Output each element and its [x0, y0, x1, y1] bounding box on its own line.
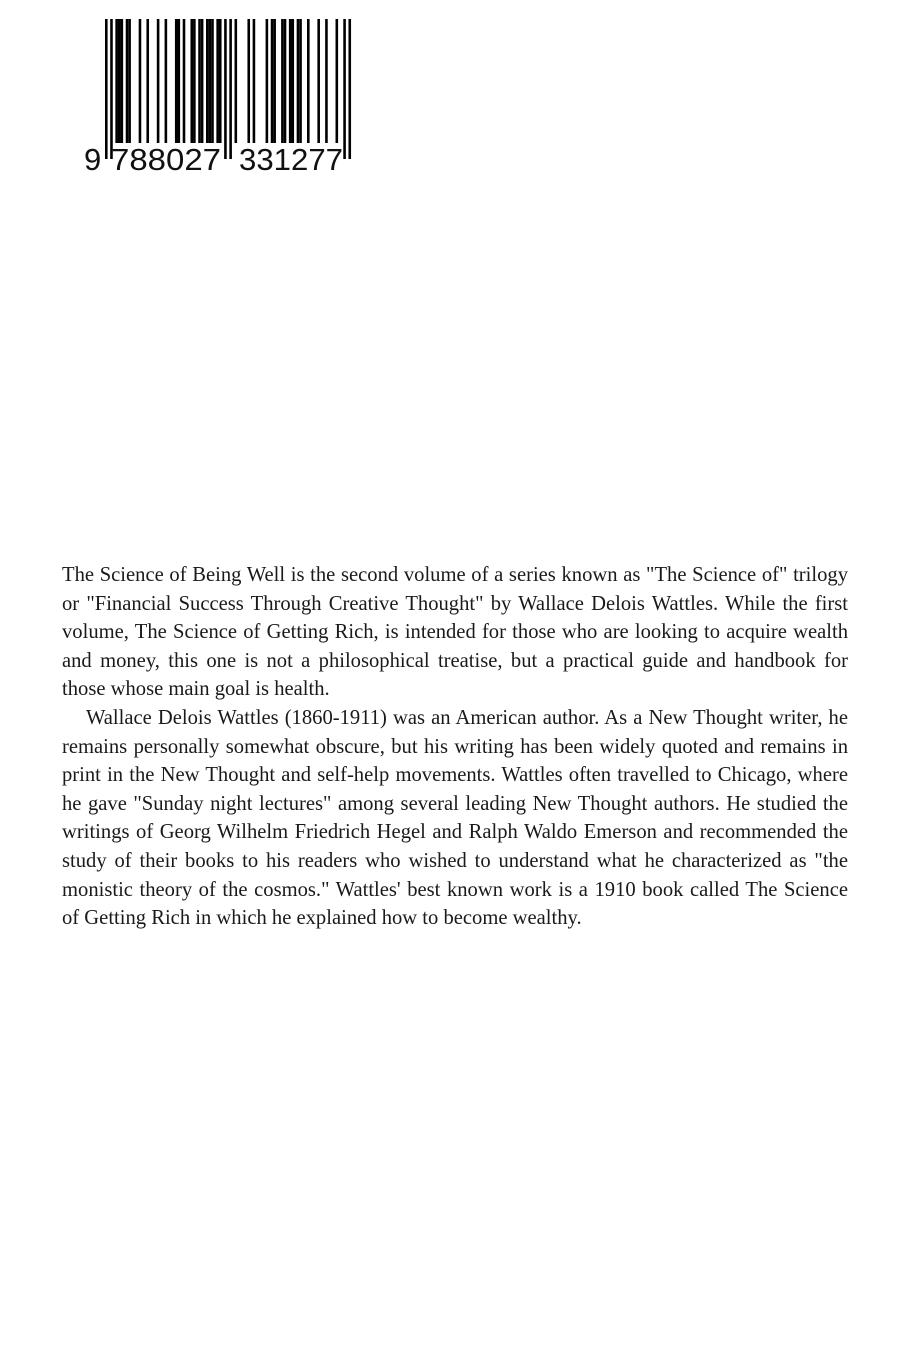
barcode-first-digit: 9 — [84, 142, 101, 176]
barcode-right-digits: 331277 — [239, 142, 343, 176]
barcode-bars: 9 788027 331277 — [80, 16, 360, 176]
isbn-barcode: 9 788027 331277 — [80, 16, 360, 176]
blurb-paragraph-2: Wallace Delois Wattles (1860-1911) was a… — [62, 704, 848, 933]
barcode-left-digits: 788027 — [111, 142, 221, 176]
blurb-paragraph-1: The Science of Being Well is the second … — [62, 561, 848, 704]
back-cover-blurb: The Science of Being Well is the second … — [62, 561, 848, 933]
